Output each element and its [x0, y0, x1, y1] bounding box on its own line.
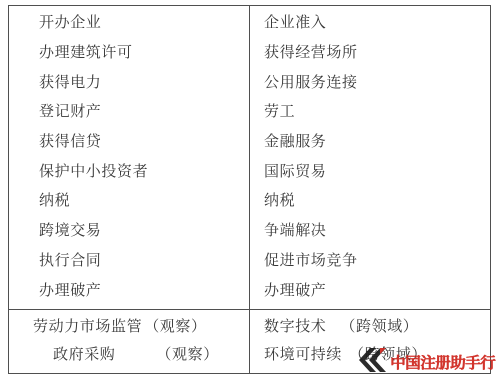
- table-cell: 国际贸易: [250, 165, 490, 180]
- table-cell: 获得经营场所: [250, 46, 490, 61]
- cell-note-text: （跨领域）: [340, 320, 418, 335]
- observed-section: 劳动力市场监管 （观察） 政府采购 （观察） 数字技术 （跨领域） 环境可持续 …: [9, 310, 490, 373]
- cell-main-text: 政府采购: [53, 348, 115, 363]
- table-cell: 公用服务连接: [250, 76, 490, 91]
- cell-main-text: 数字技术: [264, 320, 326, 335]
- table-cell: 企业准入: [250, 16, 490, 31]
- table-cell: 开办企业: [9, 16, 249, 31]
- table-cell: 争端解决: [250, 224, 490, 239]
- cell-main-text: 环境可持续: [264, 348, 342, 363]
- table-cell: 劳工: [250, 105, 490, 120]
- bottom-left-column: 劳动力市场监管 （观察） 政府采购 （观察）: [9, 310, 250, 373]
- table-cell: 办理破产: [250, 284, 490, 299]
- table-cell: 办理建筑许可: [9, 46, 249, 61]
- cell-note-text: （观察）: [144, 320, 206, 335]
- table-cell: 跨境交易: [9, 224, 249, 239]
- main-section: 开办企业 办理建筑许可 获得电力 登记财产 获得信贷 保护中小投资者 纳税 跨境…: [9, 6, 490, 310]
- left-column: 开办企业 办理建筑许可 获得电力 登记财产 获得信贷 保护中小投资者 纳税 跨境…: [9, 6, 250, 309]
- table-cell: 劳动力市场监管 （观察）: [9, 320, 249, 335]
- cell-main-text: 劳动力市场监管: [33, 320, 142, 335]
- right-column: 企业准入 获得经营场所 公用服务连接 劳工 金融服务 国际贸易 纳税 争端解决 …: [250, 6, 490, 309]
- table-cell: 纳税: [250, 194, 490, 209]
- table-cell: 促进市场竞争: [250, 254, 490, 269]
- bottom-right-column: 数字技术 （跨领域） 环境可持续 （跨领域）: [250, 310, 490, 373]
- table-cell: 获得电力: [9, 76, 249, 91]
- table-cell: 保护中小投资者: [9, 165, 249, 180]
- table-cell: 获得信贷: [9, 135, 249, 150]
- cell-note-text: （跨领域）: [349, 348, 427, 363]
- table-cell: 办理破产: [9, 284, 249, 299]
- table-cell: 数字技术 （跨领域）: [250, 320, 490, 335]
- table-cell: 登记财产: [9, 105, 249, 120]
- table-cell: 纳税: [9, 194, 249, 209]
- table-cell: 环境可持续 （跨领域）: [250, 348, 490, 363]
- table-cell: 金融服务: [250, 135, 490, 150]
- table-cell: 政府采购 （观察）: [9, 348, 249, 363]
- indicators-table: 开办企业 办理建筑许可 获得电力 登记财产 获得信贷 保护中小投资者 纳税 跨境…: [8, 5, 491, 374]
- cell-note-text: （观察）: [156, 348, 218, 363]
- table-cell: 执行合同: [9, 254, 249, 269]
